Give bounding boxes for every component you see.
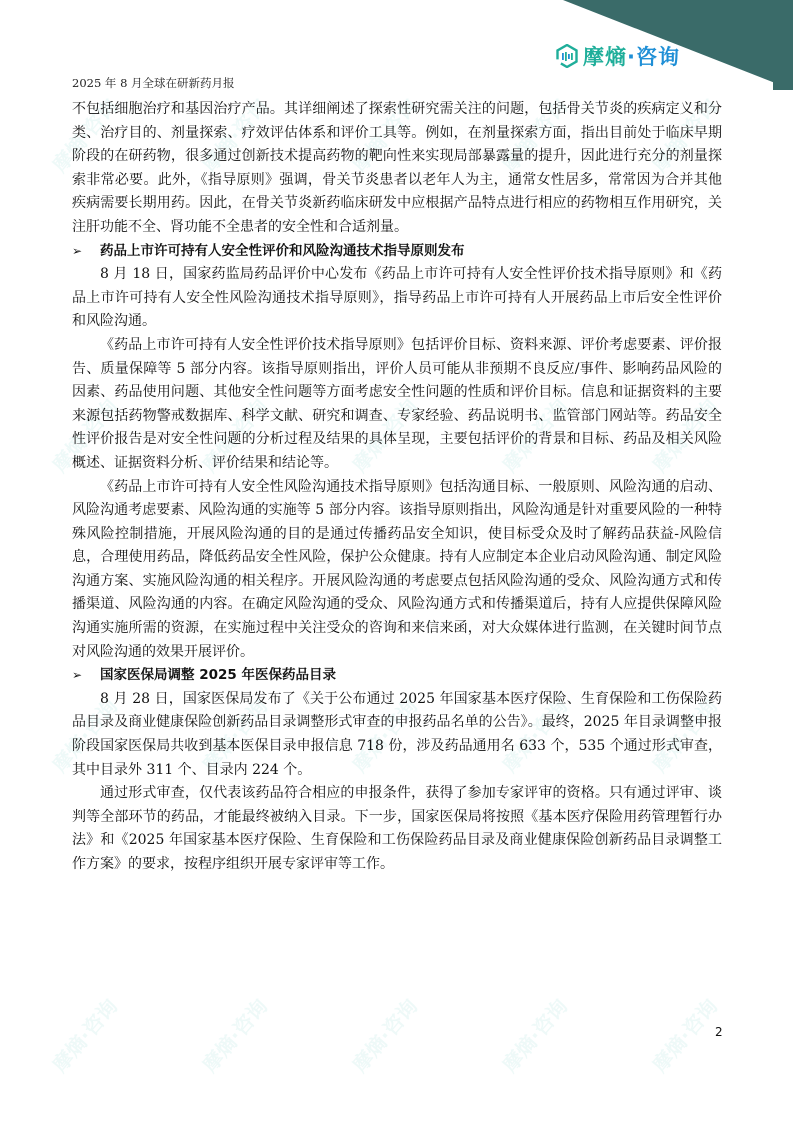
watermark-text: 摩熵·咨询 [495, 992, 574, 1078]
watermark-text: 摩熵·咨询 [645, 992, 724, 1078]
body-paragraph: 《药品上市许可持有人安全性评价技术指导原则》包括评价目标、资料来源、评价考虑要素… [72, 334, 722, 476]
section-heading: ➢ 药品上市许可持有人安全性评价和风险沟通技术指导原则发布 [72, 240, 722, 264]
brand-logo: 摩熵·咨询 [556, 40, 680, 72]
body-paragraph: 8 月 28 日，国家医保局发布了《关于公布通过 2025 年国家基本医疗保险、… [72, 688, 722, 782]
body-paragraph: 8 月 18 日，国家药监局药品评价中心发布《药品上市许可持有人安全性评价技术指… [72, 263, 722, 334]
watermark-text: 摩熵·咨询 [45, 992, 124, 1078]
arrow-bullet-icon: ➢ [72, 240, 100, 264]
brand-name-separator: · [627, 45, 636, 69]
watermark-text: 摩熵·咨询 [195, 992, 274, 1078]
section-title: 国家医保局调整 2025 年医保药品目录 [100, 664, 336, 688]
arrow-bullet-icon: ➢ [72, 664, 100, 688]
brand-name-part2: 咨询 [636, 45, 680, 69]
header-corner-edge [773, 0, 793, 90]
brand-name: 摩熵·咨询 [583, 41, 680, 71]
page-number: 2 [715, 1025, 723, 1039]
report-title: 2025 年 8 月全球在研新药月报 [72, 75, 235, 91]
section-heading: ➢ 国家医保局调整 2025 年医保药品目录 [72, 664, 722, 688]
watermark-text: 摩熵·咨询 [345, 992, 424, 1078]
section-title: 药品上市许可持有人安全性评价和风险沟通技术指导原则发布 [100, 240, 465, 264]
body-paragraph: 《药品上市许可持有人安全性风险沟通技术指导原则》包括沟通目标、一般原则、风险沟通… [72, 476, 722, 665]
body-paragraph: 通过形式审查，仅代表该药品符合相应的申报条件，获得了参加专家评审的资格。只有通过… [72, 782, 722, 876]
brand-name-part1: 摩熵 [583, 45, 627, 69]
document-body: 不包括细胞治疗和基因治疗产品。其详细阐述了探索性研究需关注的问题，包括骨关节炎的… [72, 98, 722, 877]
intro-paragraph: 不包括细胞治疗和基因治疗产品。其详细阐述了探索性研究需关注的问题，包括骨关节炎的… [72, 98, 722, 240]
hexagon-logo-icon [556, 44, 578, 68]
